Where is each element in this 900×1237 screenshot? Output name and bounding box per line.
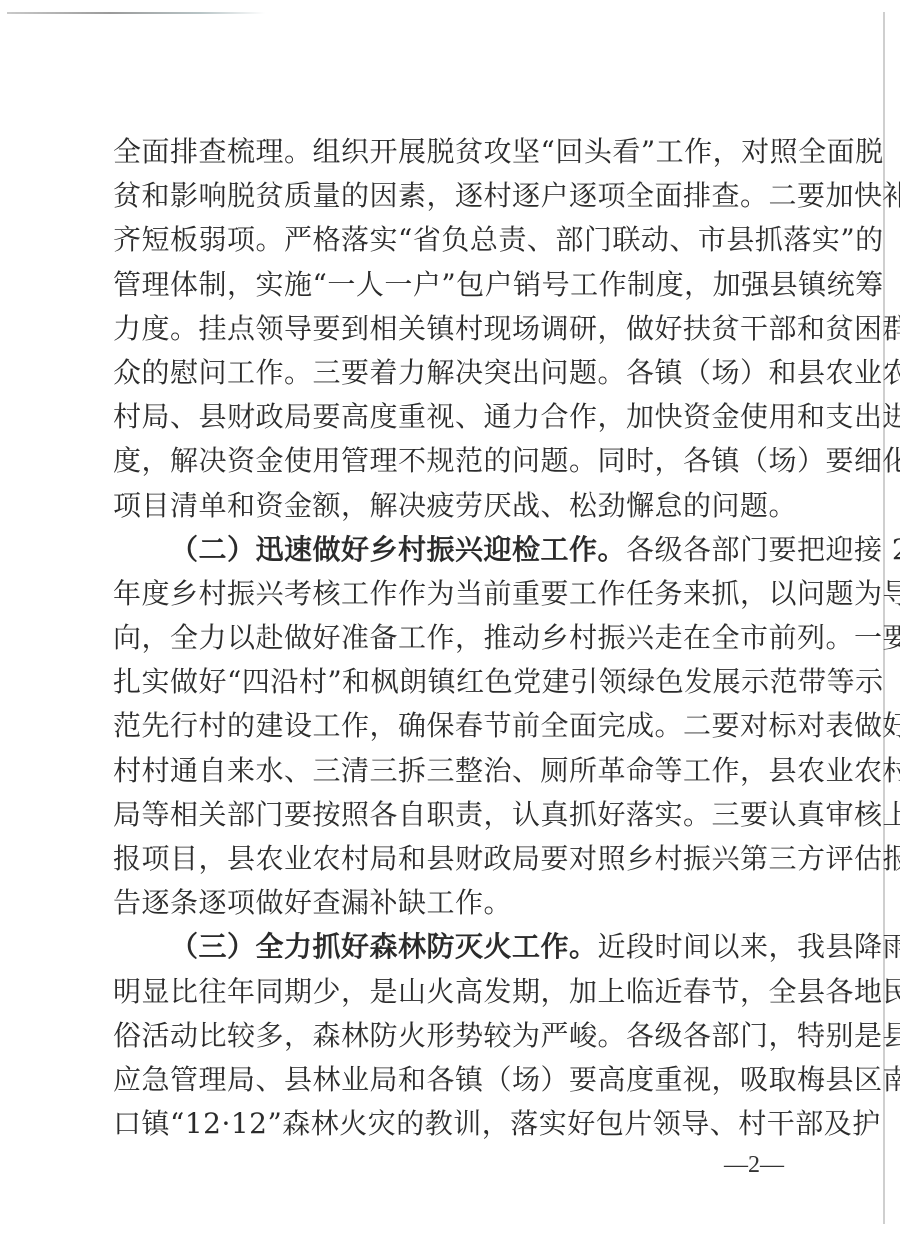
- section-heading: （三）全力抓好森林防灭火工作。: [170, 930, 598, 963]
- text-line: 齐短板弱项。严格落实“省负总责、部门联动、市县抓落实”的: [113, 218, 779, 262]
- scan-edge-top: [7, 12, 265, 14]
- text-line: 年度乡村振兴考核工作作为当前重要工作任务来抓，以问题为导: [113, 572, 779, 616]
- paragraph-1: 全面排查梳理。组织开展脱贫攻坚“回头看”工作，对照全面脱 贫和影响脱贫质量的因素…: [113, 130, 779, 528]
- text-line: 范先行村的建设工作，确保春节前全面完成。二要对标对表做好: [113, 704, 779, 748]
- section-3-forest-fire-prevention: （三）全力抓好森林防灭火工作。近段时间以来，我县降雨 明显比往年同期少，是山火高…: [113, 925, 779, 1146]
- text-line: 明显比往年同期少，是山火高发期，加上临近春节，全县各地民: [113, 970, 779, 1014]
- page-number: —2—: [724, 1152, 784, 1179]
- text-line: 俗活动比较多，森林防火形势较为严峻。各级各部门，特别是县: [113, 1014, 779, 1058]
- text-line: 向，全力以赴做好准备工作，推动乡村振兴走在全市前列。一要: [113, 616, 779, 660]
- document-body: 全面排查梳理。组织开展脱贫攻坚“回头看”工作，对照全面脱 贫和影响脱贫质量的因素…: [113, 130, 779, 1146]
- text-line: 项目清单和资金额，解决疲劳厌战、松劲懈怠的问题。: [113, 484, 779, 528]
- text-line: 村村通自来水、三清三拆三整治、厕所革命等工作，县农业农村: [113, 749, 779, 793]
- text-line: 口镇“12·12”森林火灾的教训，落实好包片领导、村干部及护: [113, 1102, 779, 1146]
- text-line: 报项目，县农业农村局和县财政局要对照乡村振兴第三方评估报: [113, 837, 779, 881]
- text-line: 众的慰问工作。三要着力解决突出问题。各镇（场）和县农业农: [113, 351, 779, 395]
- text-line: 局等相关部门要按照各自职责，认真抓好落实。三要认真审核上: [113, 793, 779, 837]
- text-line: 告逐条逐项做好查漏补缺工作。: [113, 881, 779, 925]
- text-line: 全面排查梳理。组织开展脱贫攻坚“回头看”工作，对照全面脱: [113, 130, 779, 174]
- section-heading-line: （三）全力抓好森林防灭火工作。近段时间以来，我县降雨: [113, 925, 779, 969]
- section-heading: （二）迅速做好乡村振兴迎检工作。: [170, 533, 626, 566]
- text-line: 管理体制，实施“一人一户”包户销号工作制度，加强县镇统筹: [113, 263, 779, 307]
- section-2-rural-revitalization: （二）迅速做好乡村振兴迎检工作。各级各部门要把迎接 2019 年度乡村振兴考核工…: [113, 528, 779, 926]
- text-line: 力度。挂点领导要到相关镇村现场调研，做好扶贫干部和贫困群: [113, 307, 779, 351]
- text-line: 应急管理局、县林业局和各镇（场）要高度重视，吸取梅县区南: [113, 1058, 779, 1102]
- text-line: 贫和影响脱贫质量的因素，逐村逐户逐项全面排查。二要加快补: [113, 174, 779, 218]
- text-line: 度，解决资金使用管理不规范的问题。同时，各镇（场）要细化: [113, 439, 779, 483]
- text-span: 近段时间以来，我县降雨: [598, 930, 900, 963]
- text-span: 各级各部门要把迎接 2019: [626, 533, 900, 566]
- section-heading-line: （二）迅速做好乡村振兴迎检工作。各级各部门要把迎接 2019: [113, 528, 779, 572]
- text-line: 村局、县财政局要高度重视、通力合作，加快资金使用和支出进: [113, 395, 779, 439]
- text-line: 扎实做好“四沿村”和枫朗镇红色党建引领绿色发展示范带等示: [113, 660, 779, 704]
